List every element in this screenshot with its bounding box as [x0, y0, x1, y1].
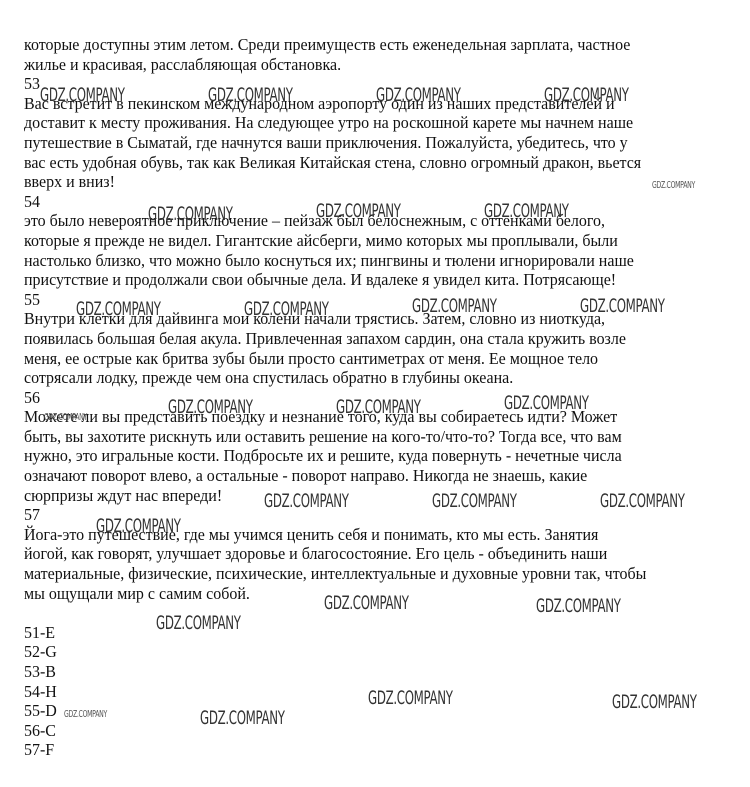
watermark: GDZ.COMPANY	[44, 412, 87, 423]
section-line: нужно, это игральные кости. Подбросьте и…	[24, 446, 675, 466]
watermark: GDZ.COMPANY	[612, 691, 697, 713]
answer-item: 51-E	[24, 623, 675, 643]
answer-item: 53-B	[24, 662, 675, 682]
watermark: GDZ.COMPANY	[200, 707, 285, 729]
watermark: GDZ.COMPANY	[544, 84, 629, 106]
section-line: настолько близко, что можно было коснуть…	[24, 251, 675, 271]
watermark: GDZ.COMPANY	[536, 595, 621, 617]
watermark: GDZ.COMPANY	[336, 396, 421, 418]
watermark: GDZ.COMPANY	[600, 490, 685, 512]
section-line: доставит к месту проживания. На следующе…	[24, 113, 675, 133]
watermark: GDZ.COMPANY	[432, 490, 517, 512]
watermark: GDZ.COMPANY	[208, 84, 293, 106]
watermark: GDZ.COMPANY	[76, 298, 161, 320]
answer-item: 57-F	[24, 740, 675, 760]
watermark: GDZ.COMPANY	[368, 687, 453, 709]
watermark: GDZ.COMPANY	[40, 84, 125, 106]
watermark: GDZ.COMPANY	[168, 396, 253, 418]
watermark: GDZ.COMPANY	[244, 298, 329, 320]
section-line: путешествие в Сыматай, где начнутся ваши…	[24, 133, 675, 153]
watermark: GDZ.COMPANY	[504, 392, 589, 414]
section-line: сотрясали лодку, прежде чем она спустила…	[24, 368, 675, 388]
watermark: GDZ.COMPANY	[580, 295, 665, 317]
watermark: GDZ.COMPANY	[324, 592, 409, 614]
watermark: GDZ.COMPANY	[484, 200, 569, 222]
watermark: GDZ.COMPANY	[148, 203, 233, 225]
watermark: GDZ.COMPANY	[96, 515, 181, 537]
watermark: GDZ.COMPANY	[652, 180, 695, 191]
section-line: вверх и вниз!	[24, 172, 675, 192]
section-line: сюрпризы ждут нас впереди!	[24, 486, 675, 506]
section-line: означают поворот влево, а остальные - по…	[24, 466, 675, 486]
watermark: GDZ.COMPANY	[412, 295, 497, 317]
watermark: GDZ.COMPANY	[264, 490, 349, 512]
section-line: которые я прежде не видел. Гигантские ай…	[24, 231, 675, 251]
section-line: меня, ее острые как бритва зубы были про…	[24, 349, 675, 369]
section-line: вас есть удобная обувь, так как Великая …	[24, 153, 675, 173]
intro-line: жилье и красивая, расслабляющая обстанов…	[24, 55, 675, 75]
watermark: GDZ.COMPANY	[376, 84, 461, 106]
watermark: GDZ.COMPANY	[64, 709, 107, 720]
answer-item: 55-D	[24, 701, 675, 721]
section-line: появилась большая белая акула. Привлечен…	[24, 329, 675, 349]
section-line: материальные, физические, психические, и…	[24, 564, 675, 584]
answer-item: 52-G	[24, 642, 675, 662]
section-line: присутствие и продолжали свои обычные де…	[24, 270, 675, 290]
answer-item: 56-C	[24, 721, 675, 741]
intro-line: которые доступны этим летом. Среди преим…	[24, 35, 675, 55]
section-line: быть, вы захотите рискнуть или оставить …	[24, 427, 675, 447]
answer-item: 54-H	[24, 682, 675, 702]
watermark: GDZ.COMPANY	[316, 200, 401, 222]
watermark: GDZ.COMPANY	[156, 612, 241, 634]
section-line: йогой, как говорят, улучшает здоровье и …	[24, 544, 675, 564]
